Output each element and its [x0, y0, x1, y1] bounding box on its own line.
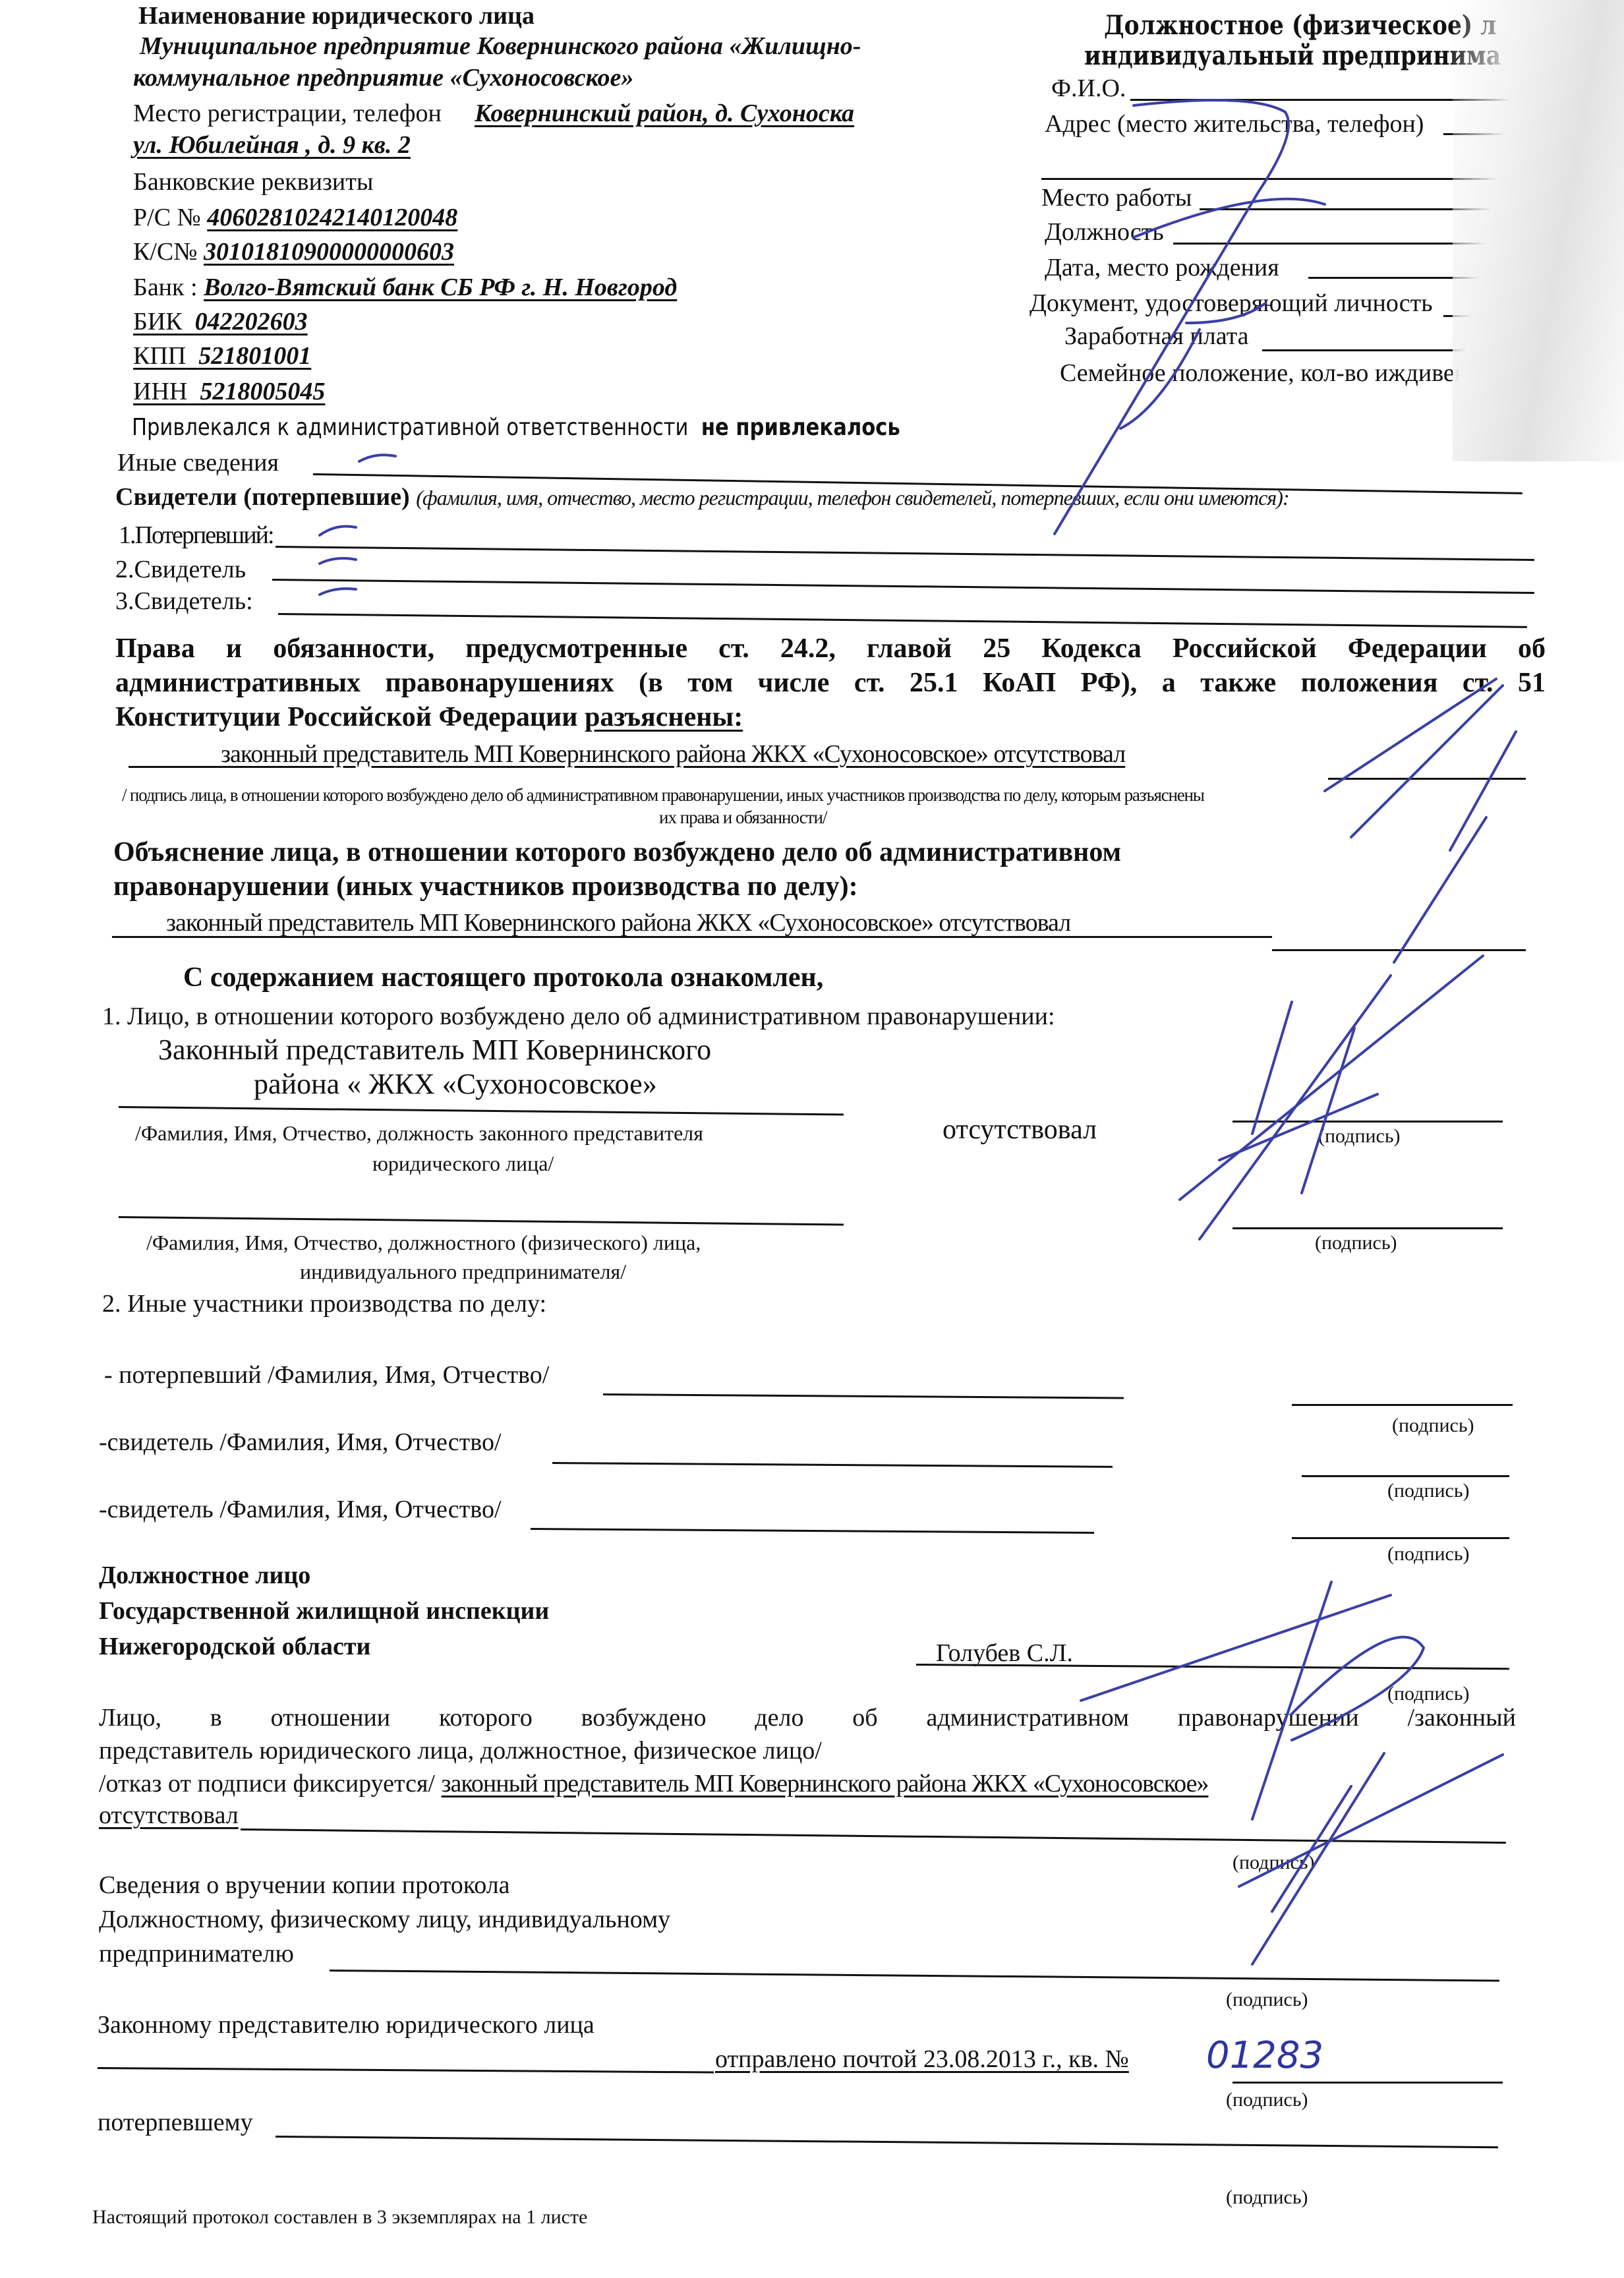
signature-rights-icon	[1325, 679, 1516, 962]
signature-refusal-icon	[1239, 1753, 1503, 1964]
ink-signatures	[0, 0, 1624, 2278]
signature-inspector-icon	[1081, 1582, 1424, 1819]
dash-marks-icon	[320, 455, 395, 595]
cross-out-scribble-icon	[1055, 100, 1325, 534]
signature-acquainted-icon	[1180, 956, 1483, 1239]
